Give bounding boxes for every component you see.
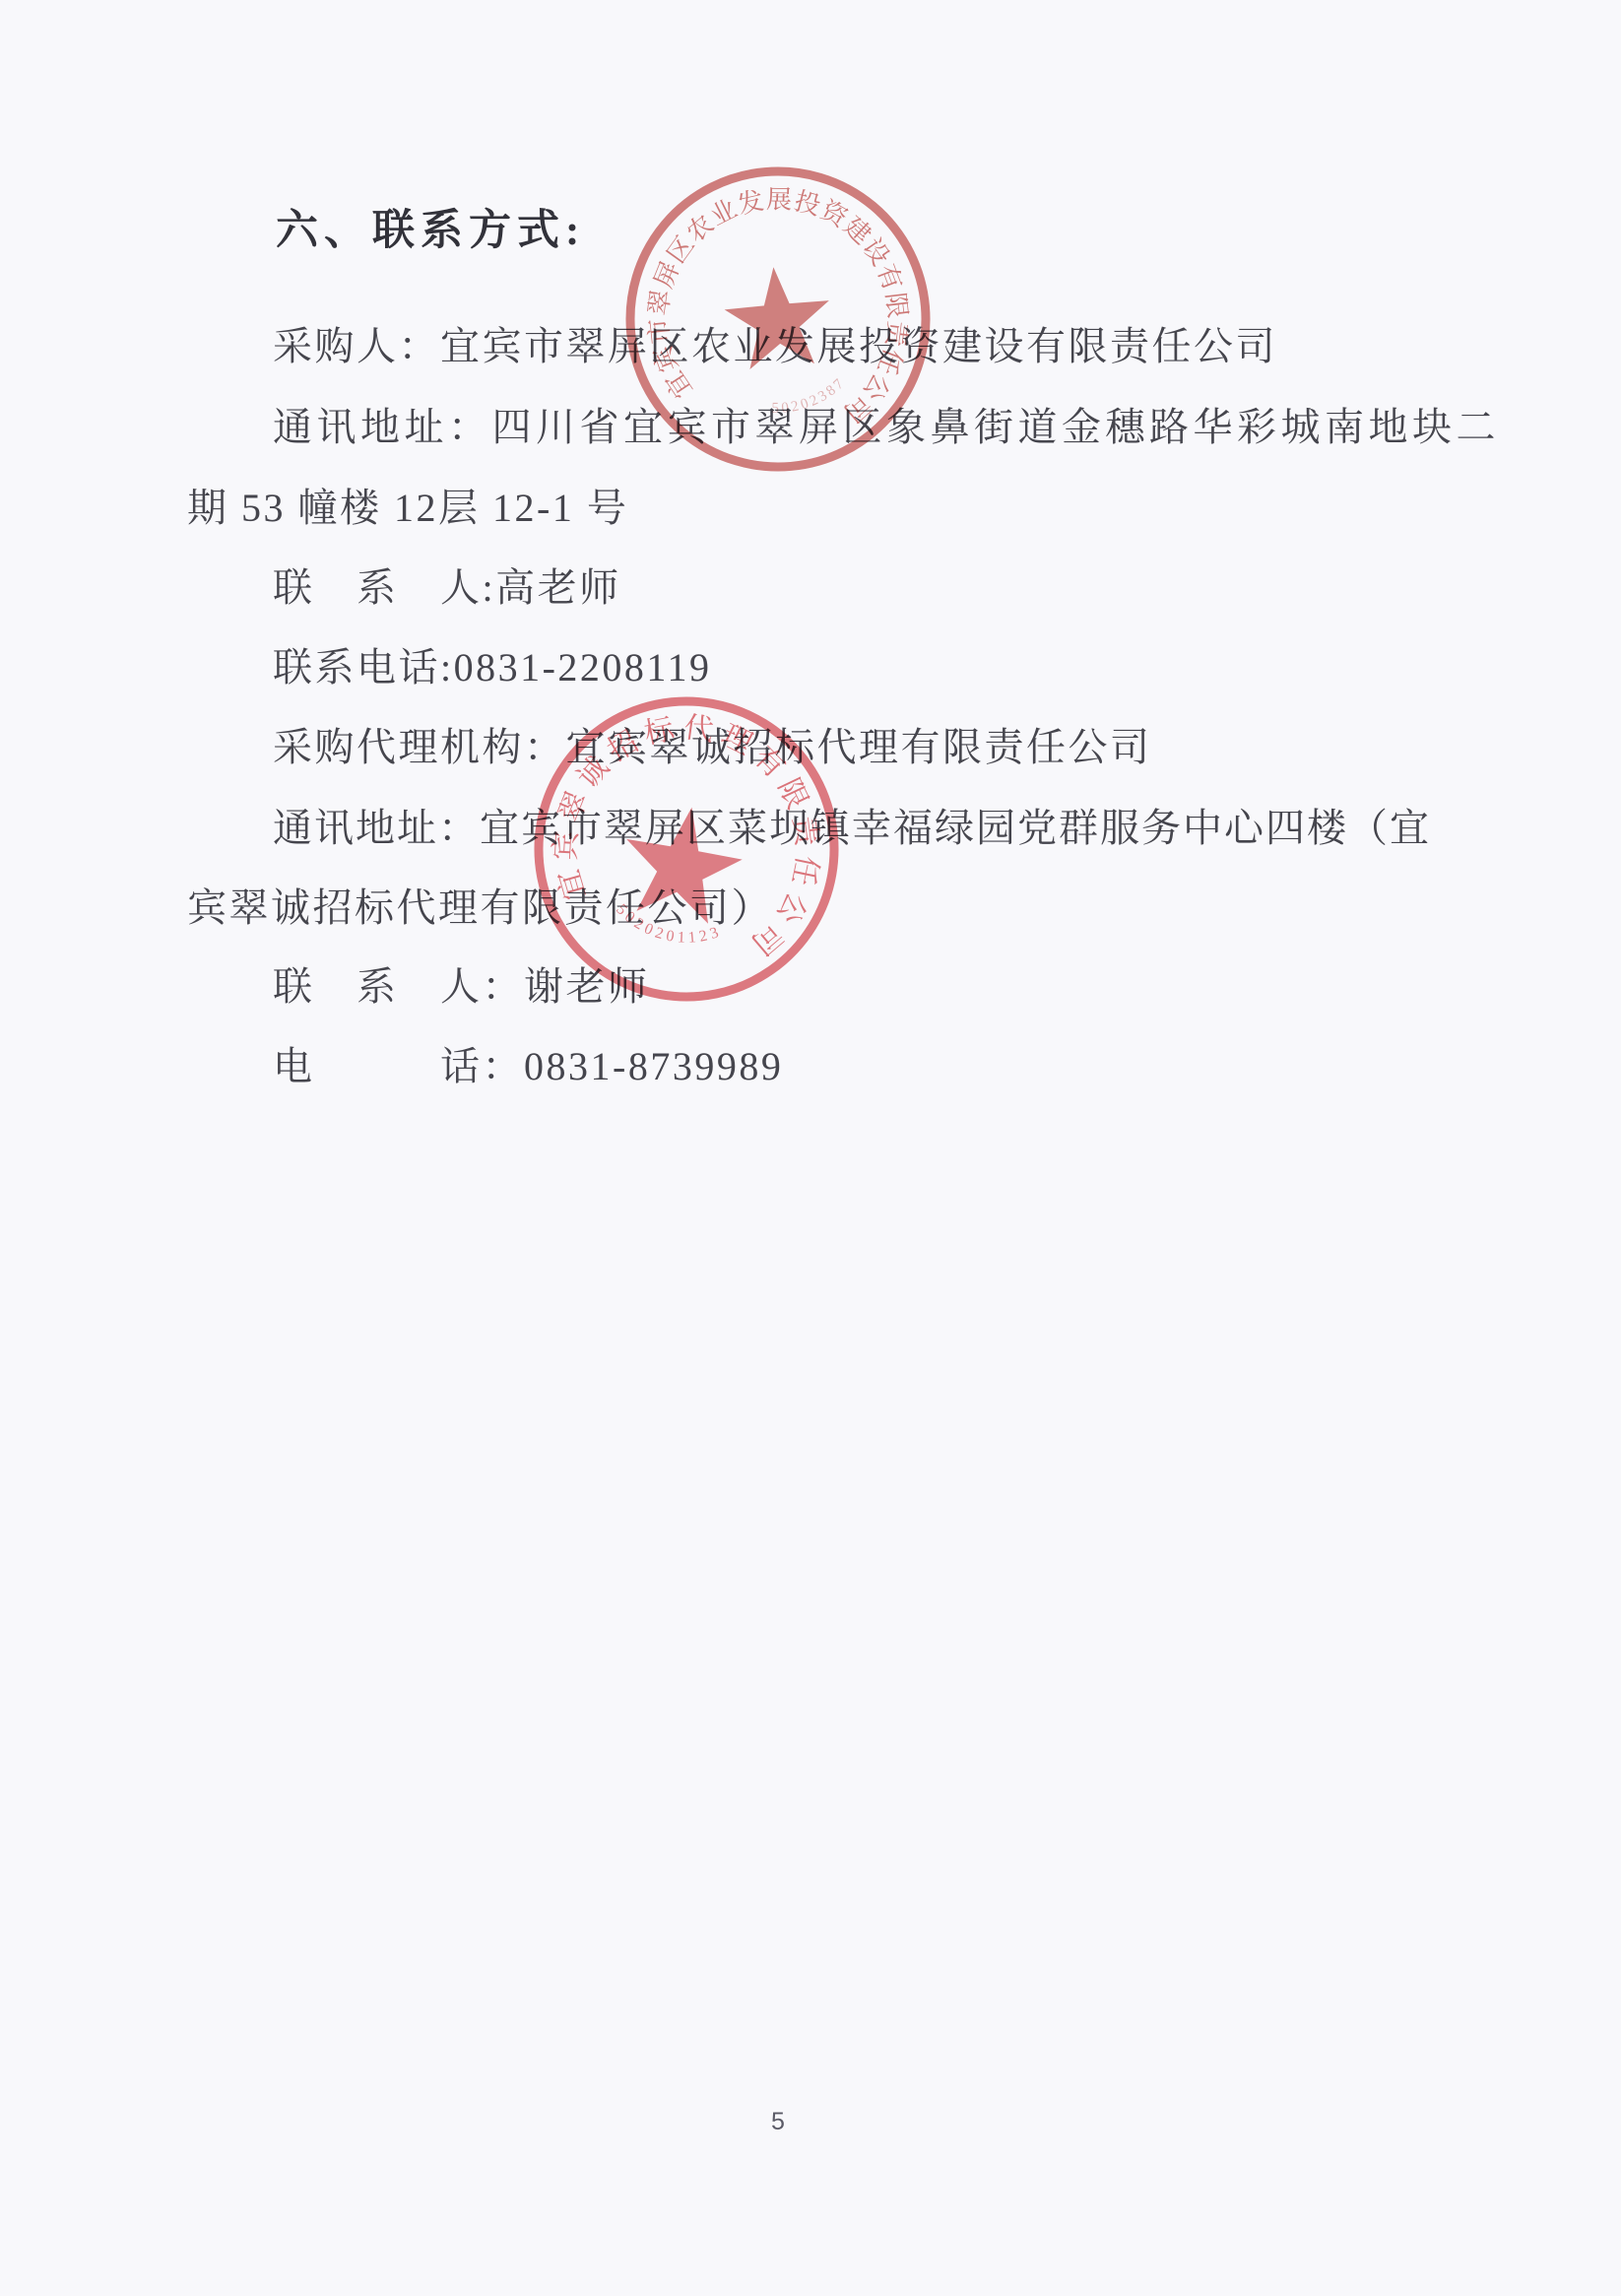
agency-seal-stamp: 宜宾翠诚招标代理有限责任公司 5020201123 xyxy=(498,661,875,1037)
purchaser-contact-line: 联 系 人:高老师 xyxy=(273,557,621,613)
document-page: 六、联系方式: 采购人：宜宾市翠屏区农业发展投资建设有限责任公司 通讯地址：四川… xyxy=(0,0,1621,2296)
section-heading: 六、联系方式: xyxy=(276,197,585,257)
agency-phone-line: 电 话：0831-8739989 xyxy=(273,1035,783,1091)
star-icon xyxy=(721,263,834,371)
purchaser-address-cont: 期 53 幢楼 12层 12-1 号 xyxy=(187,477,628,533)
star-icon xyxy=(615,797,749,927)
page-number: 5 xyxy=(771,2108,785,2136)
purchaser-seal-stamp: 宜宾市翠屏区农业发展投资建设有限责任公司 50202387 xyxy=(602,143,954,495)
seal-serial-number: 50202387 xyxy=(768,373,851,417)
seal-serial-number: 5020201123 xyxy=(609,899,728,954)
